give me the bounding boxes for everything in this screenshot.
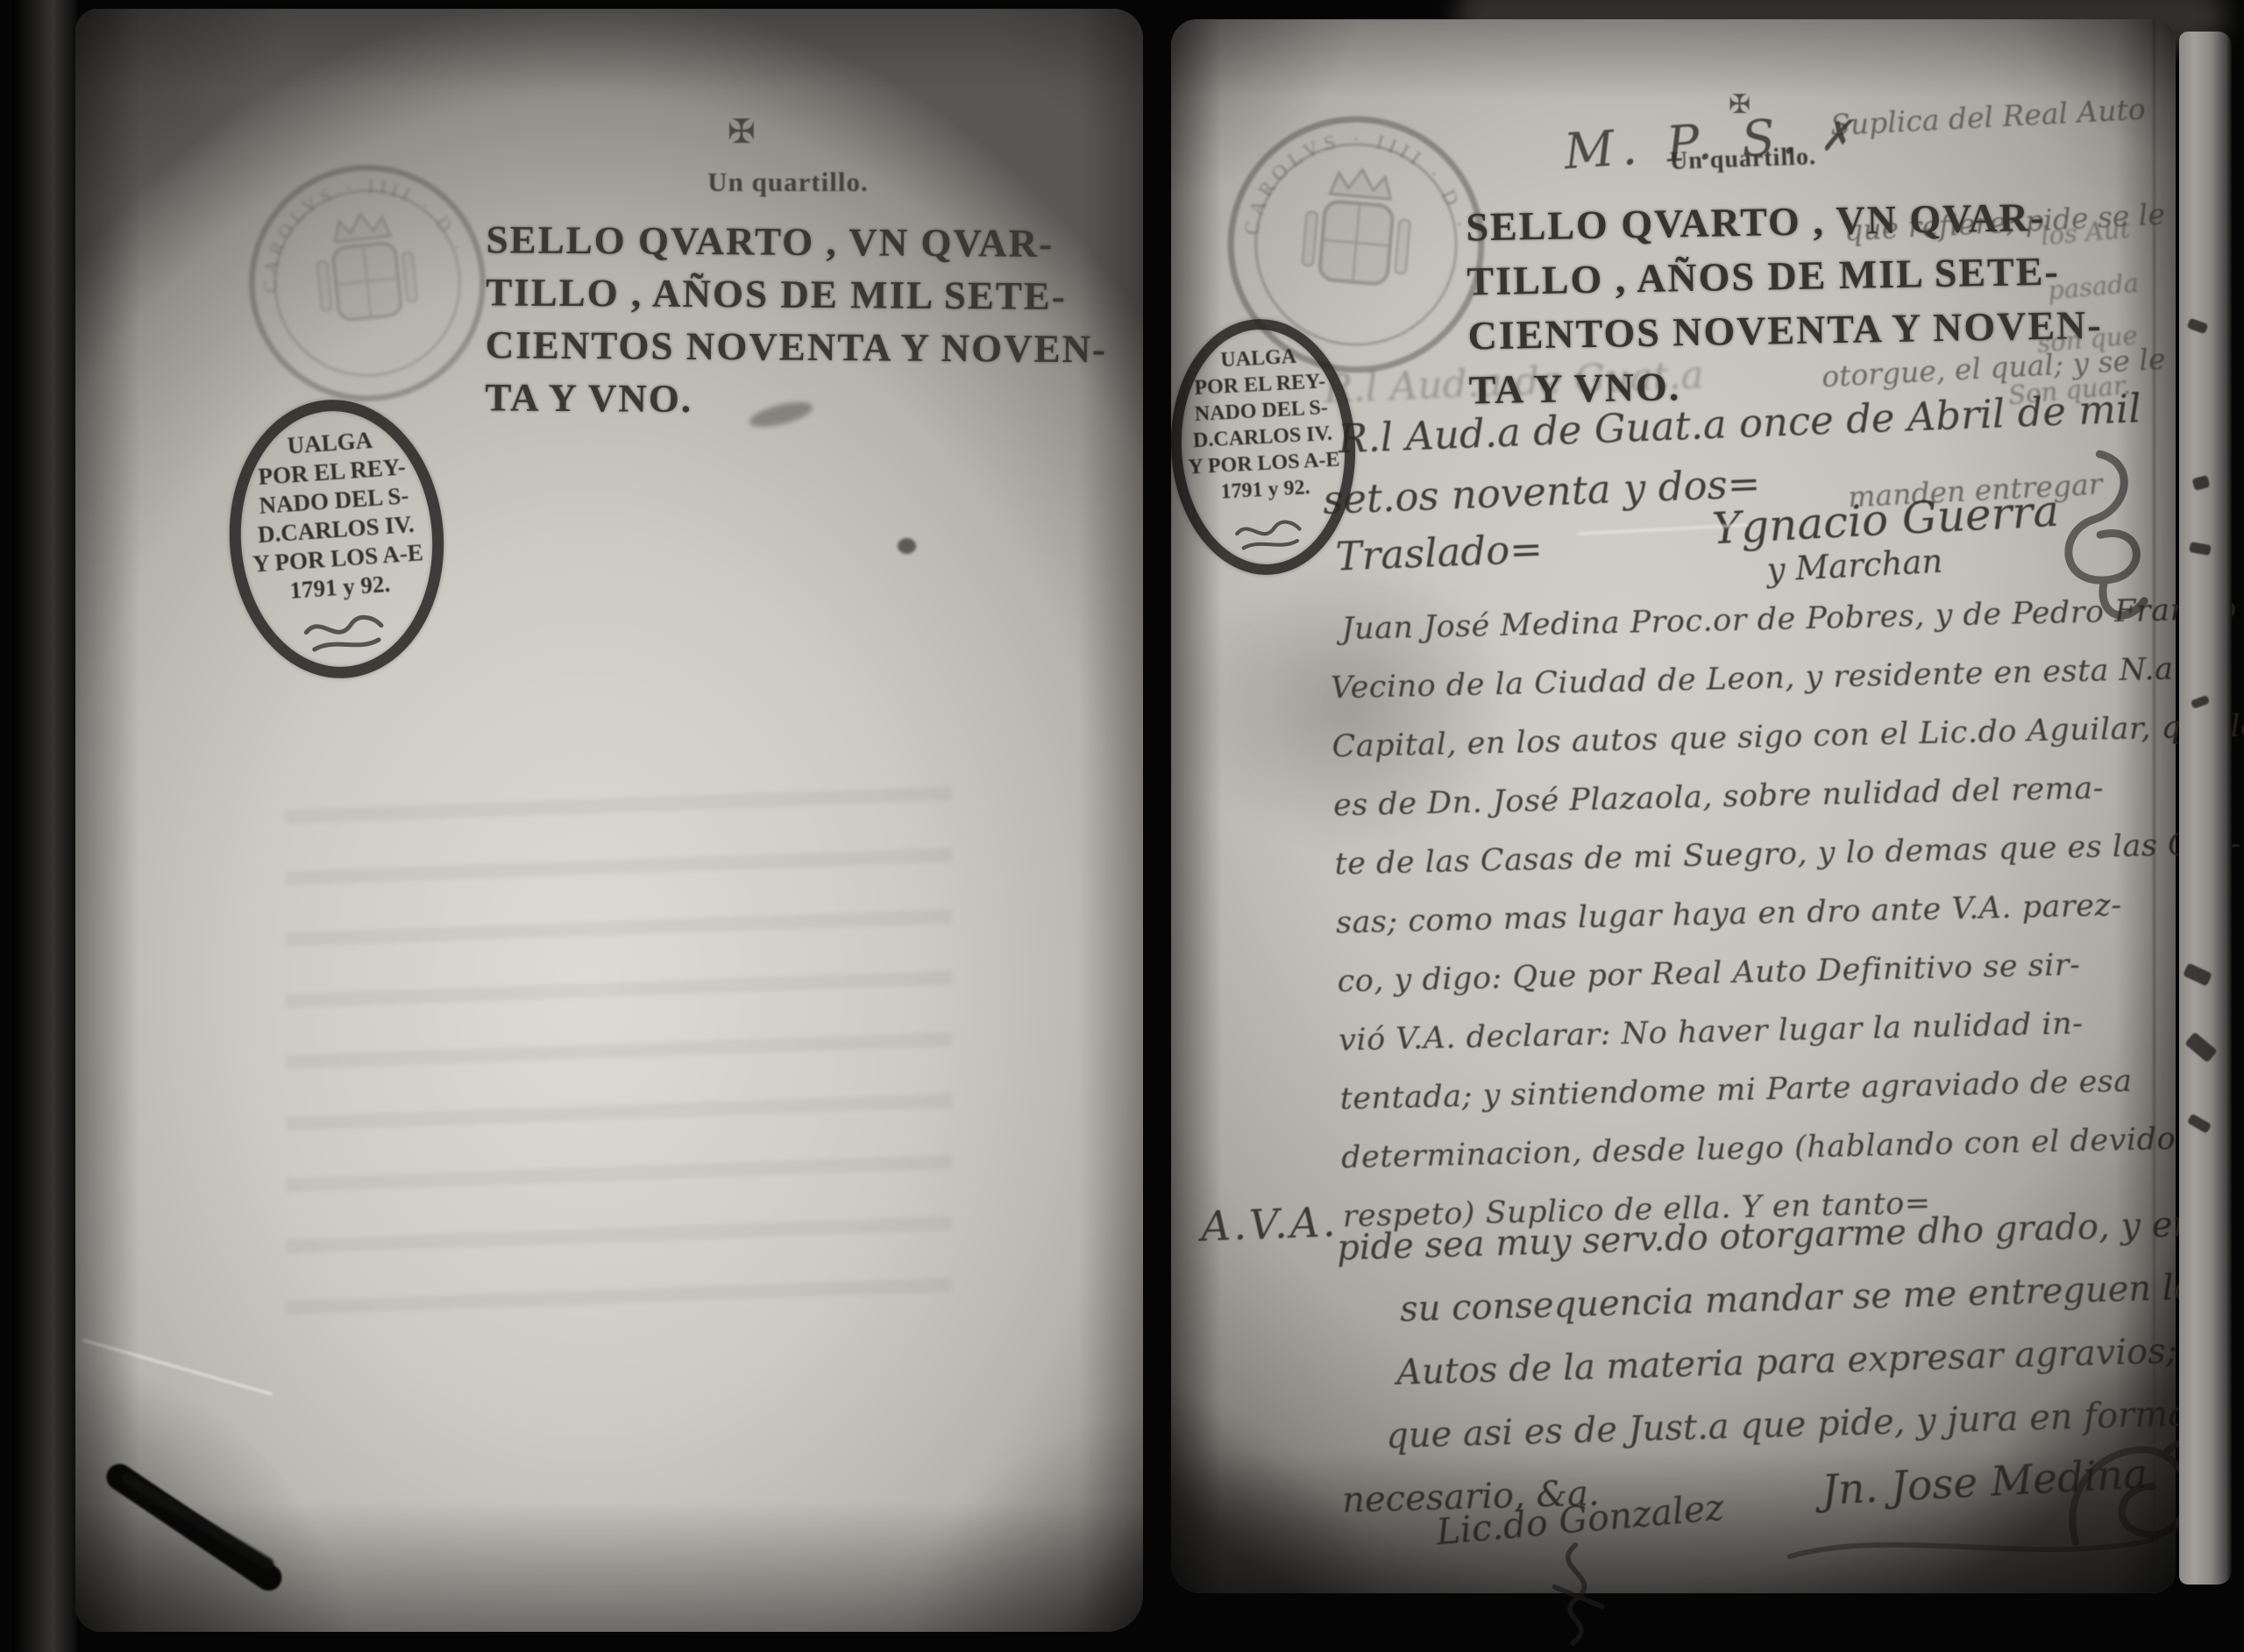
edge-ink-fragment (2187, 1113, 2212, 1133)
stamp-rubric-flourish (1223, 513, 1313, 563)
edge-ink-fragment (2183, 962, 2212, 986)
crowned-shield (1301, 165, 1414, 286)
paper-scratch (82, 1338, 273, 1396)
signature-rubric-flourish (1529, 1541, 1625, 1646)
maltese-cross-icon: ✠ (728, 112, 756, 151)
edge-ink-fragment (2184, 1032, 2218, 1063)
margin-note-line: Suplica del Real Auto (1829, 92, 2146, 143)
sello-line: TILLO , AÑOS DE MIL SETE- (486, 266, 1152, 323)
right-page: M. P. S.✗ Suplica del Real Auto que refi… (1171, 19, 2176, 1593)
book-spine (12, 0, 77, 1652)
sello-line: CIENTOS NOVENTA Y NOVEN- (486, 318, 1152, 375)
edge-ink-fragment (2191, 695, 2210, 709)
sello-line: TA Y VNO. (485, 371, 1151, 428)
next-page-edge (2179, 32, 2232, 1585)
page-fold-line (2153, 19, 2155, 1593)
valga-stamp-text: UALGA POR EL REY- NADO DEL S- D.CARLOS I… (233, 422, 436, 609)
sello-line: SELLO QVARTO , VN QVAR- (486, 213, 1152, 270)
crowned-shield (313, 209, 419, 323)
stamp-rubric-flourish (289, 607, 398, 667)
ink-bleedthrough (286, 762, 952, 1323)
signature-underline-swash (1785, 1520, 2162, 1572)
edge-ink-fragment (2191, 475, 2210, 491)
valga-oval-stamp: UALGA POR EL REY- NADO DEL S- D.CARLOS I… (220, 393, 453, 685)
ink-blot (898, 538, 916, 554)
escribano-signature: Ygnacio Guerra y Marchan (1711, 486, 2063, 592)
maltese-cross-icon: ✠ (1729, 89, 1750, 120)
edge-ink-fragment (2187, 318, 2209, 335)
quartillo-label: Un quartillo. (1649, 142, 1838, 176)
royal-coat-of-arms-seal: CAROLVS · IIII · D · G · HISPANIARVM · R… (231, 147, 503, 419)
photographed-book-spread: ✠ Un quartillo. CAROLVS · IIII · D · G ·… (0, 0, 2244, 1652)
sello-cuarto-printed-text: SELLO QVARTO , VN QVAR- TILLO , AÑOS DE … (485, 213, 1153, 428)
quartillo-label: Un quartillo. (678, 167, 898, 198)
petition-salutation: A.V.A. (1200, 1198, 1339, 1251)
left-page: ✠ Un quartillo. CAROLVS · IIII · D · G ·… (75, 9, 1143, 1632)
dark-pen-mark (109, 1448, 337, 1623)
edge-ink-fragment (2189, 542, 2212, 556)
petition-body-text: Juan José Medina Proc.or de Pobres, y de… (1329, 581, 2219, 1246)
